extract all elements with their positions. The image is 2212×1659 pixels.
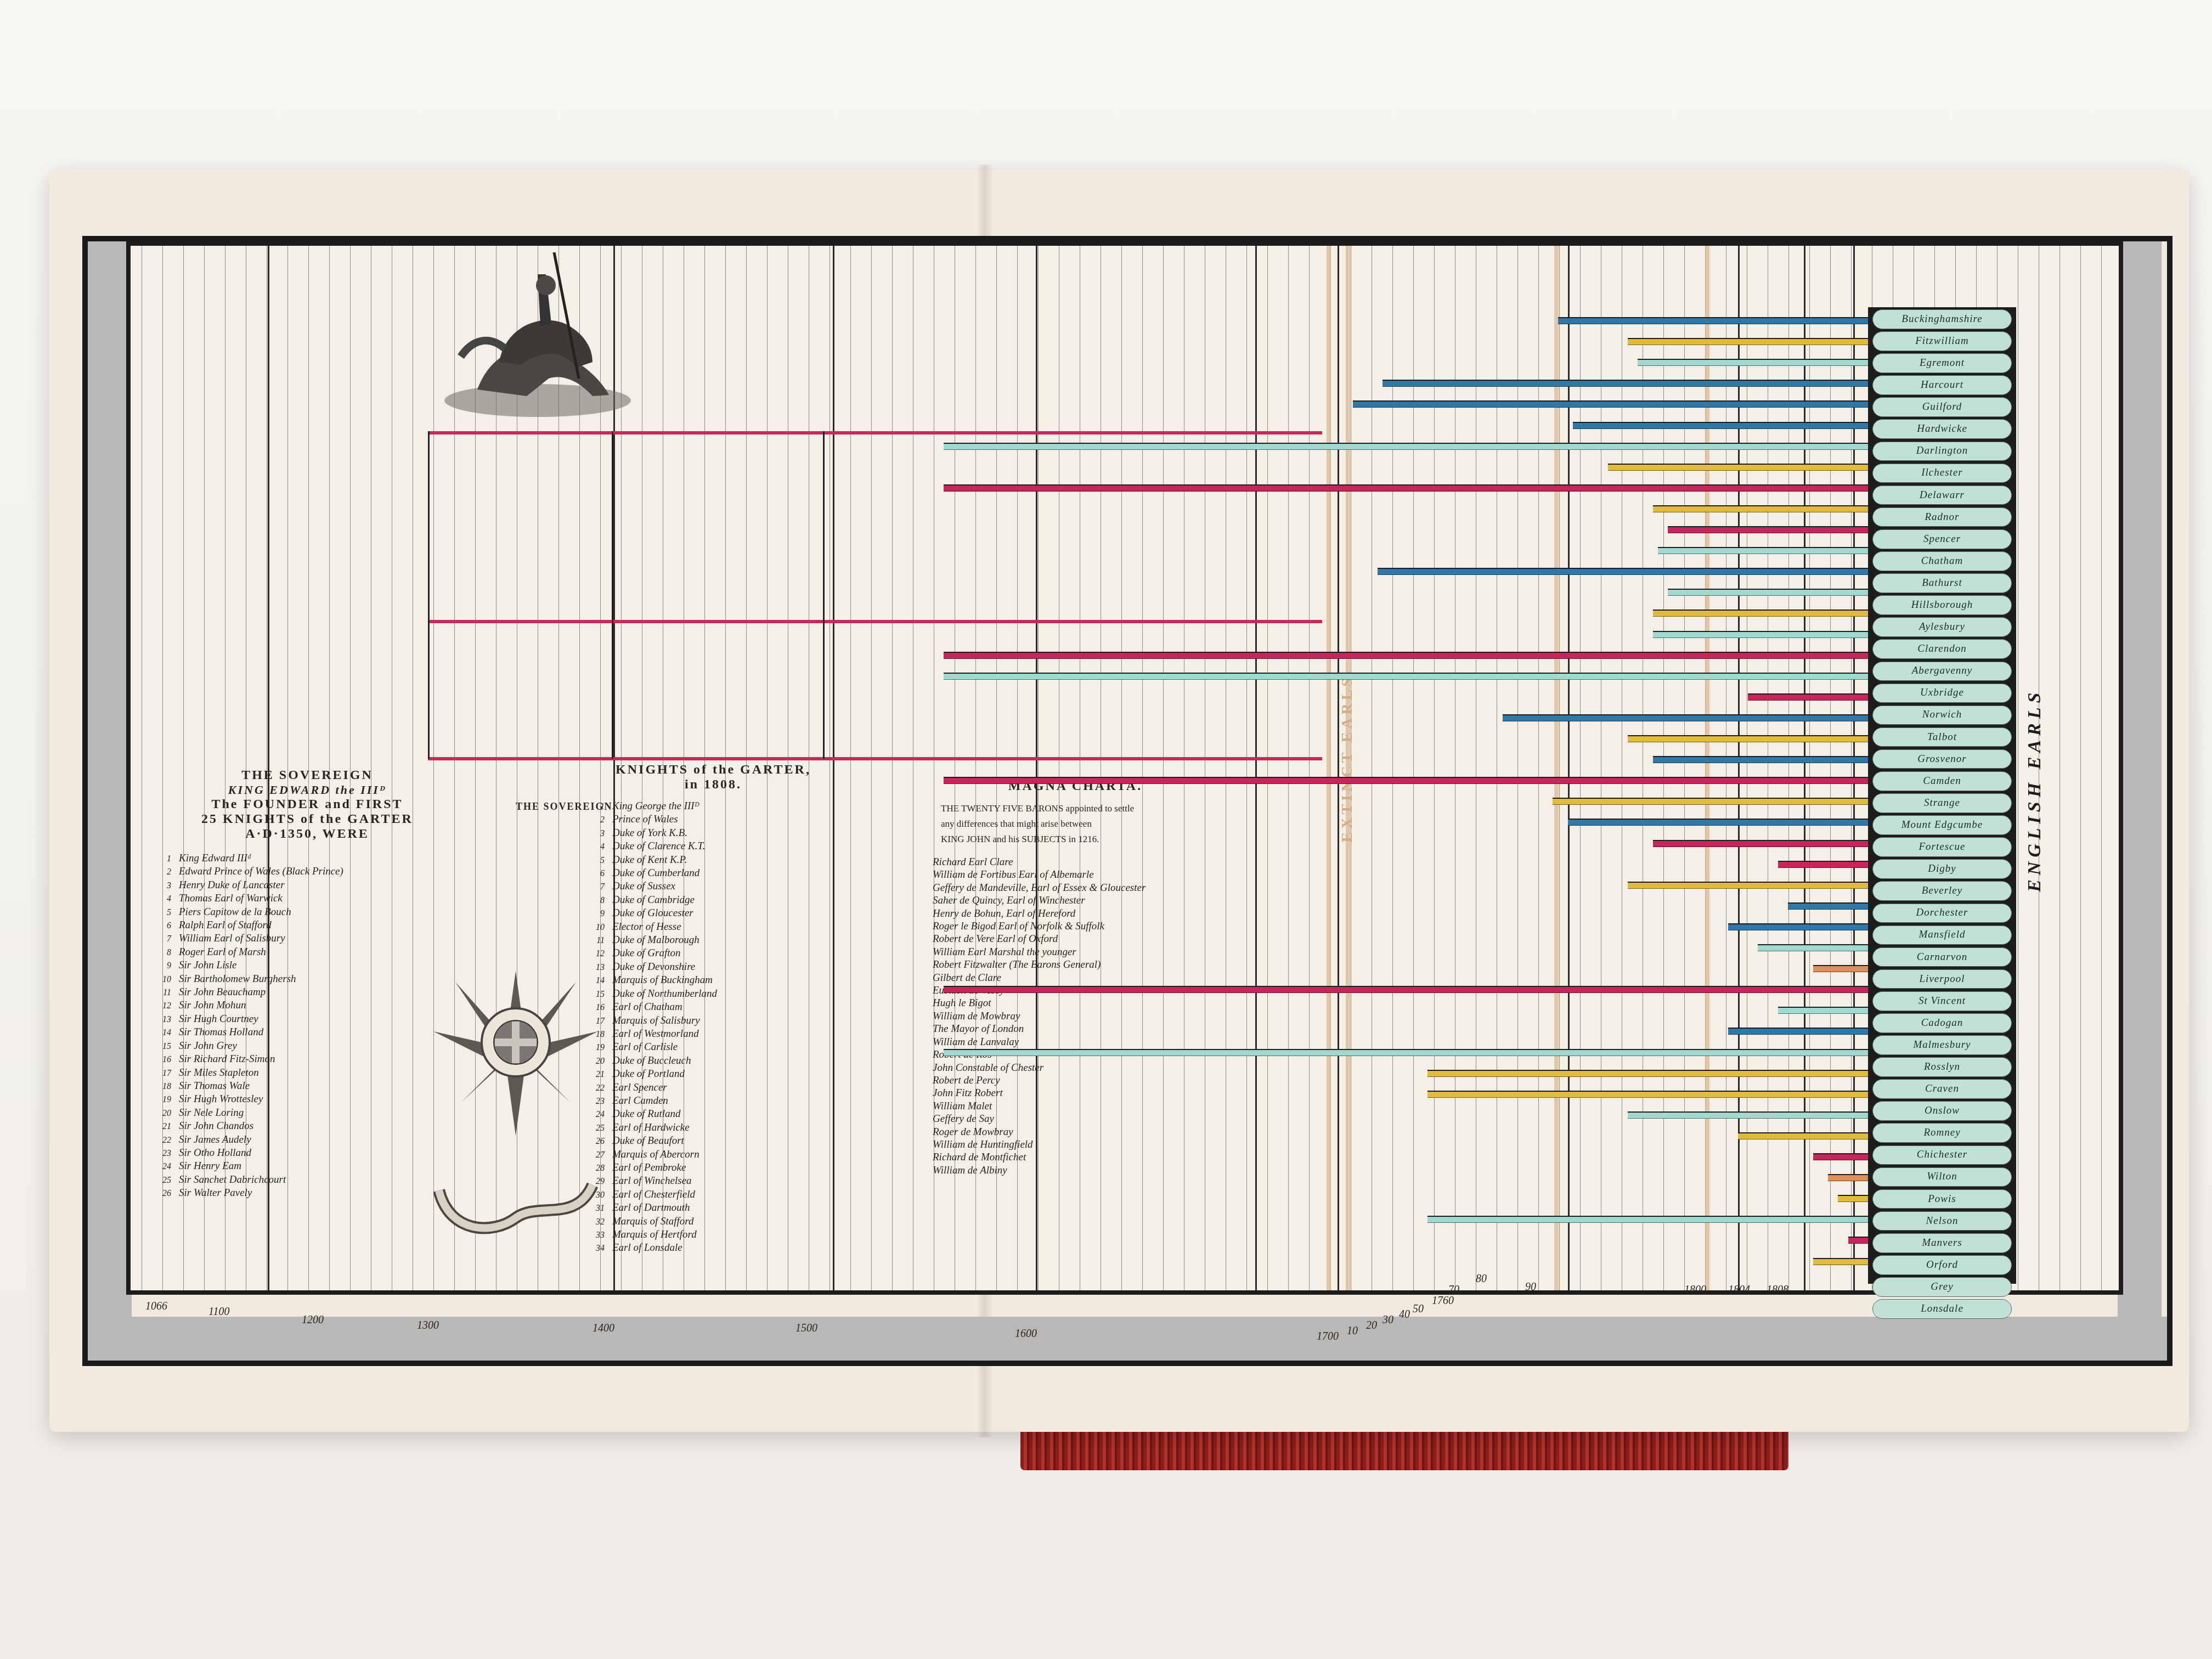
list-item-number: 11 — [582, 934, 605, 947]
earl-bar — [1558, 317, 1868, 324]
list-item-name: Duke of York K.B. — [612, 827, 687, 839]
list-item-number: 25 — [148, 1174, 171, 1187]
list-item-name: Duke of Cambridge — [612, 894, 695, 906]
list-item: 26Duke of Beaufort — [582, 1135, 717, 1148]
list-item-number: 1 — [148, 853, 171, 865]
x-axis-tick: 1300 — [417, 1319, 439, 1332]
earl-label: Liverpool — [1872, 969, 2012, 989]
list-item-name: Duke of Grafton — [612, 947, 681, 959]
x-axis-tick: 1760 — [1432, 1295, 1454, 1307]
list-item-name: Sir Bartholomew Burghersh — [179, 973, 296, 985]
list-item-number: 29 — [582, 1175, 605, 1188]
magna-charta-list: Richard Earl ClareWilliam de Fortibus Ea… — [933, 856, 1145, 1177]
earl-bar — [1748, 693, 1868, 701]
list-item: 17Sir Miles Stapleton — [148, 1066, 343, 1080]
list-item: Richard Earl Clare — [933, 856, 1145, 868]
earl-label: Radnor — [1872, 507, 2012, 527]
earl-label: Malmesbury — [1872, 1035, 2012, 1055]
list-item: 4Duke of Clarence K.T. — [582, 840, 717, 853]
st-george-dragon-icon — [428, 252, 647, 428]
garter-1808-heading: KNIGHTS of the GARTER, in 1808. — [582, 763, 845, 792]
list-item-number: 16 — [148, 1053, 171, 1066]
list-item-number: 31 — [582, 1202, 605, 1215]
list-item-name: Duke of Gloucester — [612, 907, 693, 919]
list-item: 15Duke of Northumberland — [582, 988, 717, 1001]
earl-bar — [1778, 1007, 1868, 1014]
list-item-number: 6 — [148, 919, 171, 932]
list-item: 6Duke of Cumberland — [582, 867, 717, 880]
list-item: 9Sir John Lisle — [148, 959, 343, 972]
list-item: 20Sir Nele Loring — [148, 1107, 343, 1120]
earl-bar — [1778, 861, 1868, 868]
list-item: 1King George the IIIᴰ — [582, 800, 717, 813]
list-item: Henry de Bohun, Earl of Hereford — [933, 907, 1145, 920]
faded-heading: EXTINCT EARLS — [1339, 675, 1356, 842]
list-item-name: Duke of Cumberland — [612, 867, 699, 879]
list-item-name: Sir Hugh Wrottesley — [179, 1093, 263, 1105]
earl-label: Uxbridge — [1872, 684, 2012, 703]
list-item-name: Marquis of Buckingham — [612, 974, 713, 986]
list-item-name: Earl of Winchelsea — [612, 1175, 692, 1187]
list-item-name: Sir John Mohun — [179, 1000, 246, 1011]
list-item: 9Duke of Gloucester — [582, 907, 717, 920]
earl-label: Aylesbury — [1872, 617, 2012, 637]
list-item-number: 24 — [582, 1108, 605, 1121]
list-item-number: 14 — [148, 1026, 171, 1039]
earl-bar — [944, 986, 1868, 993]
list-item: 24Sir Henry Eam — [148, 1160, 343, 1173]
list-item: 23Sir Otho Holland — [148, 1147, 343, 1160]
list-item-number: 3 — [582, 827, 605, 840]
list-item: 12Sir John Mohun — [148, 999, 343, 1012]
earl-label: Harcourt — [1872, 375, 2012, 395]
list-item-number: 6 — [582, 867, 605, 880]
list-item: 18Sir Thomas Wale — [148, 1080, 343, 1093]
earl-label: Delawarr — [1872, 486, 2012, 505]
list-item: William de Huntingfield — [933, 1138, 1145, 1151]
list-item: 8Duke of Cambridge — [582, 894, 717, 907]
list-item: William de Mowbray — [933, 1010, 1145, 1023]
list-item-name: Earl of Chatham — [612, 1001, 682, 1013]
x-axis-tick: 1800 — [1684, 1284, 1706, 1296]
earl-bar — [1653, 631, 1868, 638]
list-item: Geffery de Mandeville, Earl of Essex & G… — [933, 882, 1145, 894]
list-item-number: 33 — [582, 1229, 605, 1242]
list-item-name: Thomas Earl of Warwick — [179, 893, 283, 904]
list-item-name: Roger Earl of Marsh — [179, 946, 266, 958]
list-item-number: 25 — [582, 1122, 605, 1135]
list-item-name: Marquis of Salisbury — [612, 1015, 700, 1026]
list-item-name: Sir Richard Fitz-Simon — [179, 1053, 275, 1065]
earl-bar — [1788, 902, 1868, 910]
list-item: 25Sir Sanchet Dabrichcourt — [148, 1173, 343, 1187]
earl-bar — [1658, 547, 1868, 554]
list-item-name: Duke of Malborough — [612, 934, 699, 946]
x-axis-tick: 1200 — [302, 1314, 324, 1327]
list-item-name: Marquis of Abercorn — [612, 1149, 699, 1160]
earl-bar — [1668, 526, 1868, 533]
earl-bar — [944, 484, 1868, 492]
earl-bar — [944, 1049, 1868, 1056]
earl-label: Rosslyn — [1872, 1057, 2012, 1077]
grid-line — [2018, 246, 2018, 1290]
grid-divider — [428, 431, 430, 759]
list-item-number: 10 — [582, 921, 605, 934]
earl-label: Lonsdale — [1872, 1299, 2012, 1319]
earl-bar — [944, 673, 1868, 680]
earl-label: Bathurst — [1872, 573, 2012, 593]
grid-line — [1163, 246, 1164, 1290]
list-item-name: Piers Capitow de la Bouch — [179, 906, 291, 918]
earl-label: Egremont — [1872, 353, 2012, 373]
list-item-name: Sir Thomas Holland — [179, 1026, 263, 1038]
earl-label: Norwich — [1872, 706, 2012, 725]
grid-line — [2059, 246, 2060, 1290]
x-axis-tick: 70 — [1448, 1284, 1459, 1296]
founders-heading: THE SOVEREIGN KING EDWARD the IIIᴰ The F… — [159, 768, 455, 842]
list-item: Roger le Bigod Earl of Norfolk & Suffolk — [933, 920, 1145, 933]
list-item: 29Earl of Winchelsea — [582, 1175, 717, 1188]
list-item: 3Duke of York K.B. — [582, 827, 717, 840]
list-item: William Earl Marshal the younger — [933, 946, 1145, 958]
earl-label: Mount Edgcumbe — [1872, 815, 2012, 835]
list-item-number: 13 — [582, 961, 605, 974]
garter-ribbon-icon — [433, 1174, 598, 1240]
x-axis-tick: 1808 — [1767, 1284, 1788, 1296]
list-item-name: Sir John Grey — [179, 1040, 237, 1052]
earl-bar — [1848, 1237, 1868, 1244]
earl-bar — [1628, 1111, 1868, 1119]
earl-bar — [1828, 1174, 1868, 1181]
list-item: Gilbert de Clare — [933, 972, 1145, 984]
earl-bar — [1728, 1028, 1868, 1035]
list-item: 14Sir Thomas Holland — [148, 1026, 343, 1039]
list-item-number: 20 — [148, 1107, 171, 1120]
list-item: The Mayor of London — [933, 1023, 1145, 1035]
list-item: 8Roger Earl of Marsh — [148, 946, 343, 959]
earl-label: Talbot — [1872, 727, 2012, 747]
list-item-name: Duke of Clarence K.T. — [612, 840, 705, 852]
list-item-name: Marquis of Stafford — [612, 1216, 694, 1227]
garter-1808-title-2: in 1808. — [582, 777, 845, 792]
earl-label: Hillsborough — [1872, 595, 2012, 615]
list-item: 7Duke of Sussex — [582, 880, 717, 893]
list-item: 16Earl of Chatham — [582, 1001, 717, 1014]
founders-title-3: The FOUNDER and FIRST — [159, 797, 455, 812]
list-item-number: 16 — [582, 1001, 605, 1014]
x-axis-tick: 90 — [1525, 1281, 1536, 1294]
list-item-name: Earl of Westmorland — [612, 1028, 699, 1040]
x-axis-tick: 1100 — [208, 1306, 230, 1318]
list-item: 22Sir James Audely — [148, 1133, 343, 1147]
earl-bar — [1427, 1091, 1868, 1098]
list-item-number: 19 — [582, 1041, 605, 1054]
list-item: William Malet — [933, 1100, 1145, 1113]
grid-line — [2080, 246, 2081, 1290]
list-item-name: Sir John Beauchamp — [179, 986, 266, 998]
list-item-number: 22 — [582, 1082, 605, 1094]
list-item: 25Earl of Hardwicke — [582, 1121, 717, 1135]
list-item-name: Ralph Earl of Stafford — [179, 919, 272, 931]
garter-1808-title-1: KNIGHTS of the GARTER, — [582, 763, 845, 777]
book-binding-edge — [1020, 1426, 1788, 1470]
earl-label: Digby — [1872, 859, 2012, 879]
earl-label: Spencer — [1872, 529, 2012, 549]
list-item: 1King Edward IIIᵈ — [148, 852, 343, 865]
list-item: 34Earl of Lonsdale — [582, 1242, 717, 1255]
list-item: 7William Earl of Salisbury — [148, 932, 343, 945]
list-item: 5Piers Capitow de la Bouch — [148, 906, 343, 919]
earl-bar — [1638, 359, 1868, 366]
grid-line-major — [1255, 246, 1257, 1290]
list-item-name: Duke of Buccleuch — [612, 1055, 691, 1066]
earl-bar — [1568, 819, 1868, 826]
earl-bar — [1758, 944, 1868, 951]
earl-label: Craven — [1872, 1079, 2012, 1099]
list-item-name: Earl of Chesterfield — [612, 1189, 695, 1200]
list-item-name: Sir Nele Loring — [179, 1107, 244, 1119]
list-item: 5Duke of Kent K.P. — [582, 854, 717, 867]
list-item: William de Albiny — [933, 1164, 1145, 1177]
list-item-name: Duke of Northumberland — [612, 988, 717, 1000]
earl-label: Clarendon — [1872, 639, 2012, 659]
list-item: William de Fortibus Earl of Albemarle — [933, 868, 1145, 881]
earl-label: Chichester — [1872, 1145, 2012, 1165]
list-item-number: 5 — [148, 906, 171, 919]
founders-title-5: A·D·1350, WERE — [159, 827, 455, 842]
list-item-name: Earl of Pembroke — [612, 1162, 686, 1173]
list-item: 18Earl of Westmorland — [582, 1028, 717, 1041]
list-item-number: 18 — [582, 1028, 605, 1041]
list-item-number: 12 — [582, 947, 605, 960]
list-item: 20Duke of Buccleuch — [582, 1054, 717, 1068]
earl-bar — [1668, 589, 1868, 596]
list-item-number: 17 — [148, 1067, 171, 1080]
founders-title-4: 25 KNIGHTS of the GARTER — [159, 812, 455, 827]
grid-line — [2122, 246, 2123, 1290]
x-axis-tick: 1804 — [1728, 1284, 1750, 1296]
list-item-number: 4 — [148, 893, 171, 905]
earl-bar — [1427, 1216, 1868, 1223]
list-item: 2Edward Prince of Wales (Black Prince) — [148, 865, 343, 878]
list-item: Richard de Montfichet — [933, 1151, 1145, 1164]
list-item-name: King George the IIIᴰ — [612, 800, 699, 812]
list-item-number: 20 — [582, 1055, 605, 1068]
earl-bar — [1653, 840, 1868, 847]
earl-bar — [1383, 380, 1868, 387]
list-item-number: 26 — [582, 1135, 605, 1148]
list-item-number: 12 — [148, 1000, 171, 1012]
earl-label: Mansfield — [1872, 926, 2012, 945]
earl-label: Grosvenor — [1872, 749, 2012, 769]
list-item: 2Prince of Wales — [582, 813, 717, 826]
x-axis-tick: 50 — [1413, 1303, 1424, 1316]
list-item: John Constable of Chester — [933, 1062, 1145, 1074]
grid-line — [1267, 246, 1268, 1290]
list-item: 11Sir John Beauchamp — [148, 986, 343, 999]
list-item: 28Earl of Pembroke — [582, 1161, 717, 1175]
list-item: 16Sir Richard Fitz-Simon — [148, 1053, 343, 1066]
earl-label: Fortescue — [1872, 837, 2012, 857]
grid-divider — [823, 431, 825, 759]
grid-line — [1288, 246, 1289, 1290]
list-item-number: 23 — [582, 1095, 605, 1108]
magna-charta-intro: THE TWENTY FIVE BARONS appointed to sett… — [941, 801, 1134, 847]
list-item-number: 5 — [582, 854, 605, 867]
list-item: 10Sir Bartholomew Burghersh — [148, 973, 343, 986]
earl-bar — [1738, 1132, 1868, 1139]
grid-line — [850, 246, 851, 1290]
list-item-number: 4 — [582, 840, 605, 853]
list-item-number: 7 — [148, 933, 171, 945]
list-item-name: Duke of Rutland — [612, 1108, 681, 1120]
grid-line-tan — [1327, 246, 1331, 1290]
list-item-number: 15 — [148, 1040, 171, 1053]
founders-list: 1King Edward IIIᵈ2Edward Prince of Wales… — [148, 852, 343, 1200]
list-item: Roger de Mowbray — [933, 1126, 1145, 1138]
list-item-name: Duke of Devonshire — [612, 961, 695, 973]
earl-label: Beverley — [1872, 881, 2012, 901]
list-item-name: Earl Spencer — [612, 1082, 667, 1093]
list-item-name: Sir James Audely — [179, 1134, 251, 1145]
grid-red-line-bottom — [428, 757, 1322, 760]
list-item-name: Earl of Hardwicke — [612, 1122, 690, 1133]
earl-bar — [1608, 464, 1868, 471]
list-item-number: 19 — [148, 1093, 171, 1106]
earl-bar — [1813, 1258, 1868, 1265]
list-item-name: King Edward IIIᵈ — [179, 853, 251, 864]
list-item-name: Duke of Portland — [612, 1068, 685, 1080]
earl-label: Strange — [1872, 793, 2012, 813]
earl-bar — [1813, 965, 1868, 972]
list-item-name: Earl Camden — [612, 1095, 668, 1107]
earl-label: Fitzwilliam — [1872, 331, 2012, 351]
list-item-number: 13 — [148, 1013, 171, 1026]
list-item-number: 30 — [582, 1189, 605, 1201]
x-axis-tick: 40 — [1399, 1308, 1410, 1321]
earl-bar — [1573, 422, 1868, 429]
list-item-number: 2 — [148, 866, 171, 878]
x-axis-tick: 1500 — [795, 1322, 817, 1335]
list-item-name: Earl of Carlisle — [612, 1041, 678, 1053]
x-axis-tick: 30 — [1383, 1314, 1393, 1327]
list-item-number: 7 — [582, 881, 605, 893]
earl-bar — [1653, 505, 1868, 512]
list-item: William de Lanvalay — [933, 1036, 1145, 1048]
grid-line — [1205, 246, 1205, 1290]
earl-bar — [944, 652, 1868, 659]
x-axis-tick: 80 — [1476, 1273, 1487, 1285]
list-item: Hugh le Bigot — [933, 997, 1145, 1009]
list-item: 22Earl Spencer — [582, 1081, 717, 1094]
grid-line — [2101, 246, 2102, 1290]
list-item-number: 9 — [582, 907, 605, 920]
list-item-name: Earl of Lonsdale — [612, 1242, 682, 1254]
list-item: 13Sir Hugh Courtney — [148, 1013, 343, 1026]
list-item: 23Earl Camden — [582, 1094, 717, 1108]
earl-bar — [1553, 798, 1868, 805]
list-item: 12Duke of Grafton — [582, 947, 717, 960]
english-earls-title: ENGLISH EARLS — [2024, 675, 2057, 905]
earl-label: Wilton — [1872, 1167, 2012, 1187]
list-item-name: William Earl of Salisbury — [179, 933, 285, 944]
list-item: 10Elector of Hesse — [582, 921, 717, 934]
list-item: 13Duke of Devonshire — [582, 961, 717, 974]
list-item-number: 14 — [582, 974, 605, 987]
list-item: 26Sir Walter Pavely — [148, 1187, 343, 1200]
list-item: John Fitz Robert — [933, 1087, 1145, 1099]
earl-label: Camden — [1872, 771, 2012, 791]
list-item: Robert de Percy — [933, 1074, 1145, 1087]
founders-title-2: KING EDWARD the IIIᴰ — [159, 783, 455, 797]
grid-line — [913, 246, 913, 1290]
earl-bar — [1353, 400, 1868, 408]
list-item-number: 18 — [148, 1080, 171, 1093]
list-item-name: Edward Prince of Wales (Black Prince) — [179, 866, 343, 877]
list-item-number: 3 — [148, 879, 171, 892]
list-item-number: 2 — [582, 814, 605, 826]
x-axis-tick: 1700 — [1317, 1330, 1339, 1343]
earl-bar — [1838, 1195, 1868, 1202]
list-item: 3Henry Duke of Lancaster — [148, 879, 343, 892]
list-item-number: 28 — [582, 1162, 605, 1175]
list-item: 30Earl of Chesterfield — [582, 1188, 717, 1201]
grid-line — [1226, 246, 1226, 1290]
x-axis-tick: 1600 — [1015, 1328, 1037, 1340]
list-item-name: Duke of Sussex — [612, 881, 675, 892]
earl-label: Carnarvon — [1872, 947, 2012, 967]
earl-label: Ilchester — [1872, 464, 2012, 483]
garter-star-icon — [433, 971, 598, 1136]
list-item: 15Sir John Grey — [148, 1040, 343, 1053]
grid-line — [1309, 246, 1310, 1290]
list-item: 24Duke of Rutland — [582, 1108, 717, 1121]
earl-label: Cadogan — [1872, 1013, 2012, 1033]
list-item-number: 32 — [582, 1216, 605, 1228]
earl-label: Chatham — [1872, 551, 2012, 571]
list-item-number: 34 — [582, 1242, 605, 1255]
earl-bar — [1378, 568, 1868, 575]
list-item: 11Duke of Malborough — [582, 934, 717, 947]
list-item-number: 22 — [148, 1134, 171, 1147]
grid-line — [1184, 246, 1184, 1290]
grid-divider — [612, 431, 613, 759]
list-item: 32Marquis of Stafford — [582, 1215, 717, 1228]
garter-1808-list: 1King George the IIIᴰ2Prince of Wales3Du… — [582, 800, 717, 1255]
list-item-number: 17 — [582, 1015, 605, 1028]
magna-intro-1: THE TWENTY FIVE BARONS appointed to sett… — [941, 801, 1134, 816]
list-item: 4Thomas Earl of Warwick — [148, 892, 343, 905]
list-item-number: 21 — [148, 1120, 171, 1133]
x-axis-tick: 20 — [1366, 1319, 1377, 1332]
earl-label: Abergavenny — [1872, 662, 2012, 681]
earl-label: Hardwicke — [1872, 419, 2012, 439]
list-item-name: Sir Hugh Courtney — [179, 1013, 258, 1025]
list-item-number: 15 — [582, 988, 605, 1001]
list-item: Saher de Quincy, Earl of Winchester — [933, 894, 1145, 907]
earl-bar — [1427, 1070, 1868, 1077]
list-item-name: Sir John Lisle — [179, 960, 237, 971]
list-item: 27Marquis of Abercorn — [582, 1148, 717, 1161]
earl-label: Buckinghamshire — [1872, 309, 2012, 329]
magna-intro-2: any differences that might arise between — [941, 816, 1134, 832]
list-item-name: Sir Walter Pavely — [179, 1187, 252, 1199]
english-earls-panel: BuckinghamshireFitzwilliamEgremontHarcou… — [1868, 307, 2016, 1284]
grid-line — [892, 246, 893, 1290]
list-item-name: Prince of Wales — [612, 814, 678, 825]
earl-bar — [1628, 735, 1868, 742]
earl-label: St Vincent — [1872, 991, 2012, 1011]
